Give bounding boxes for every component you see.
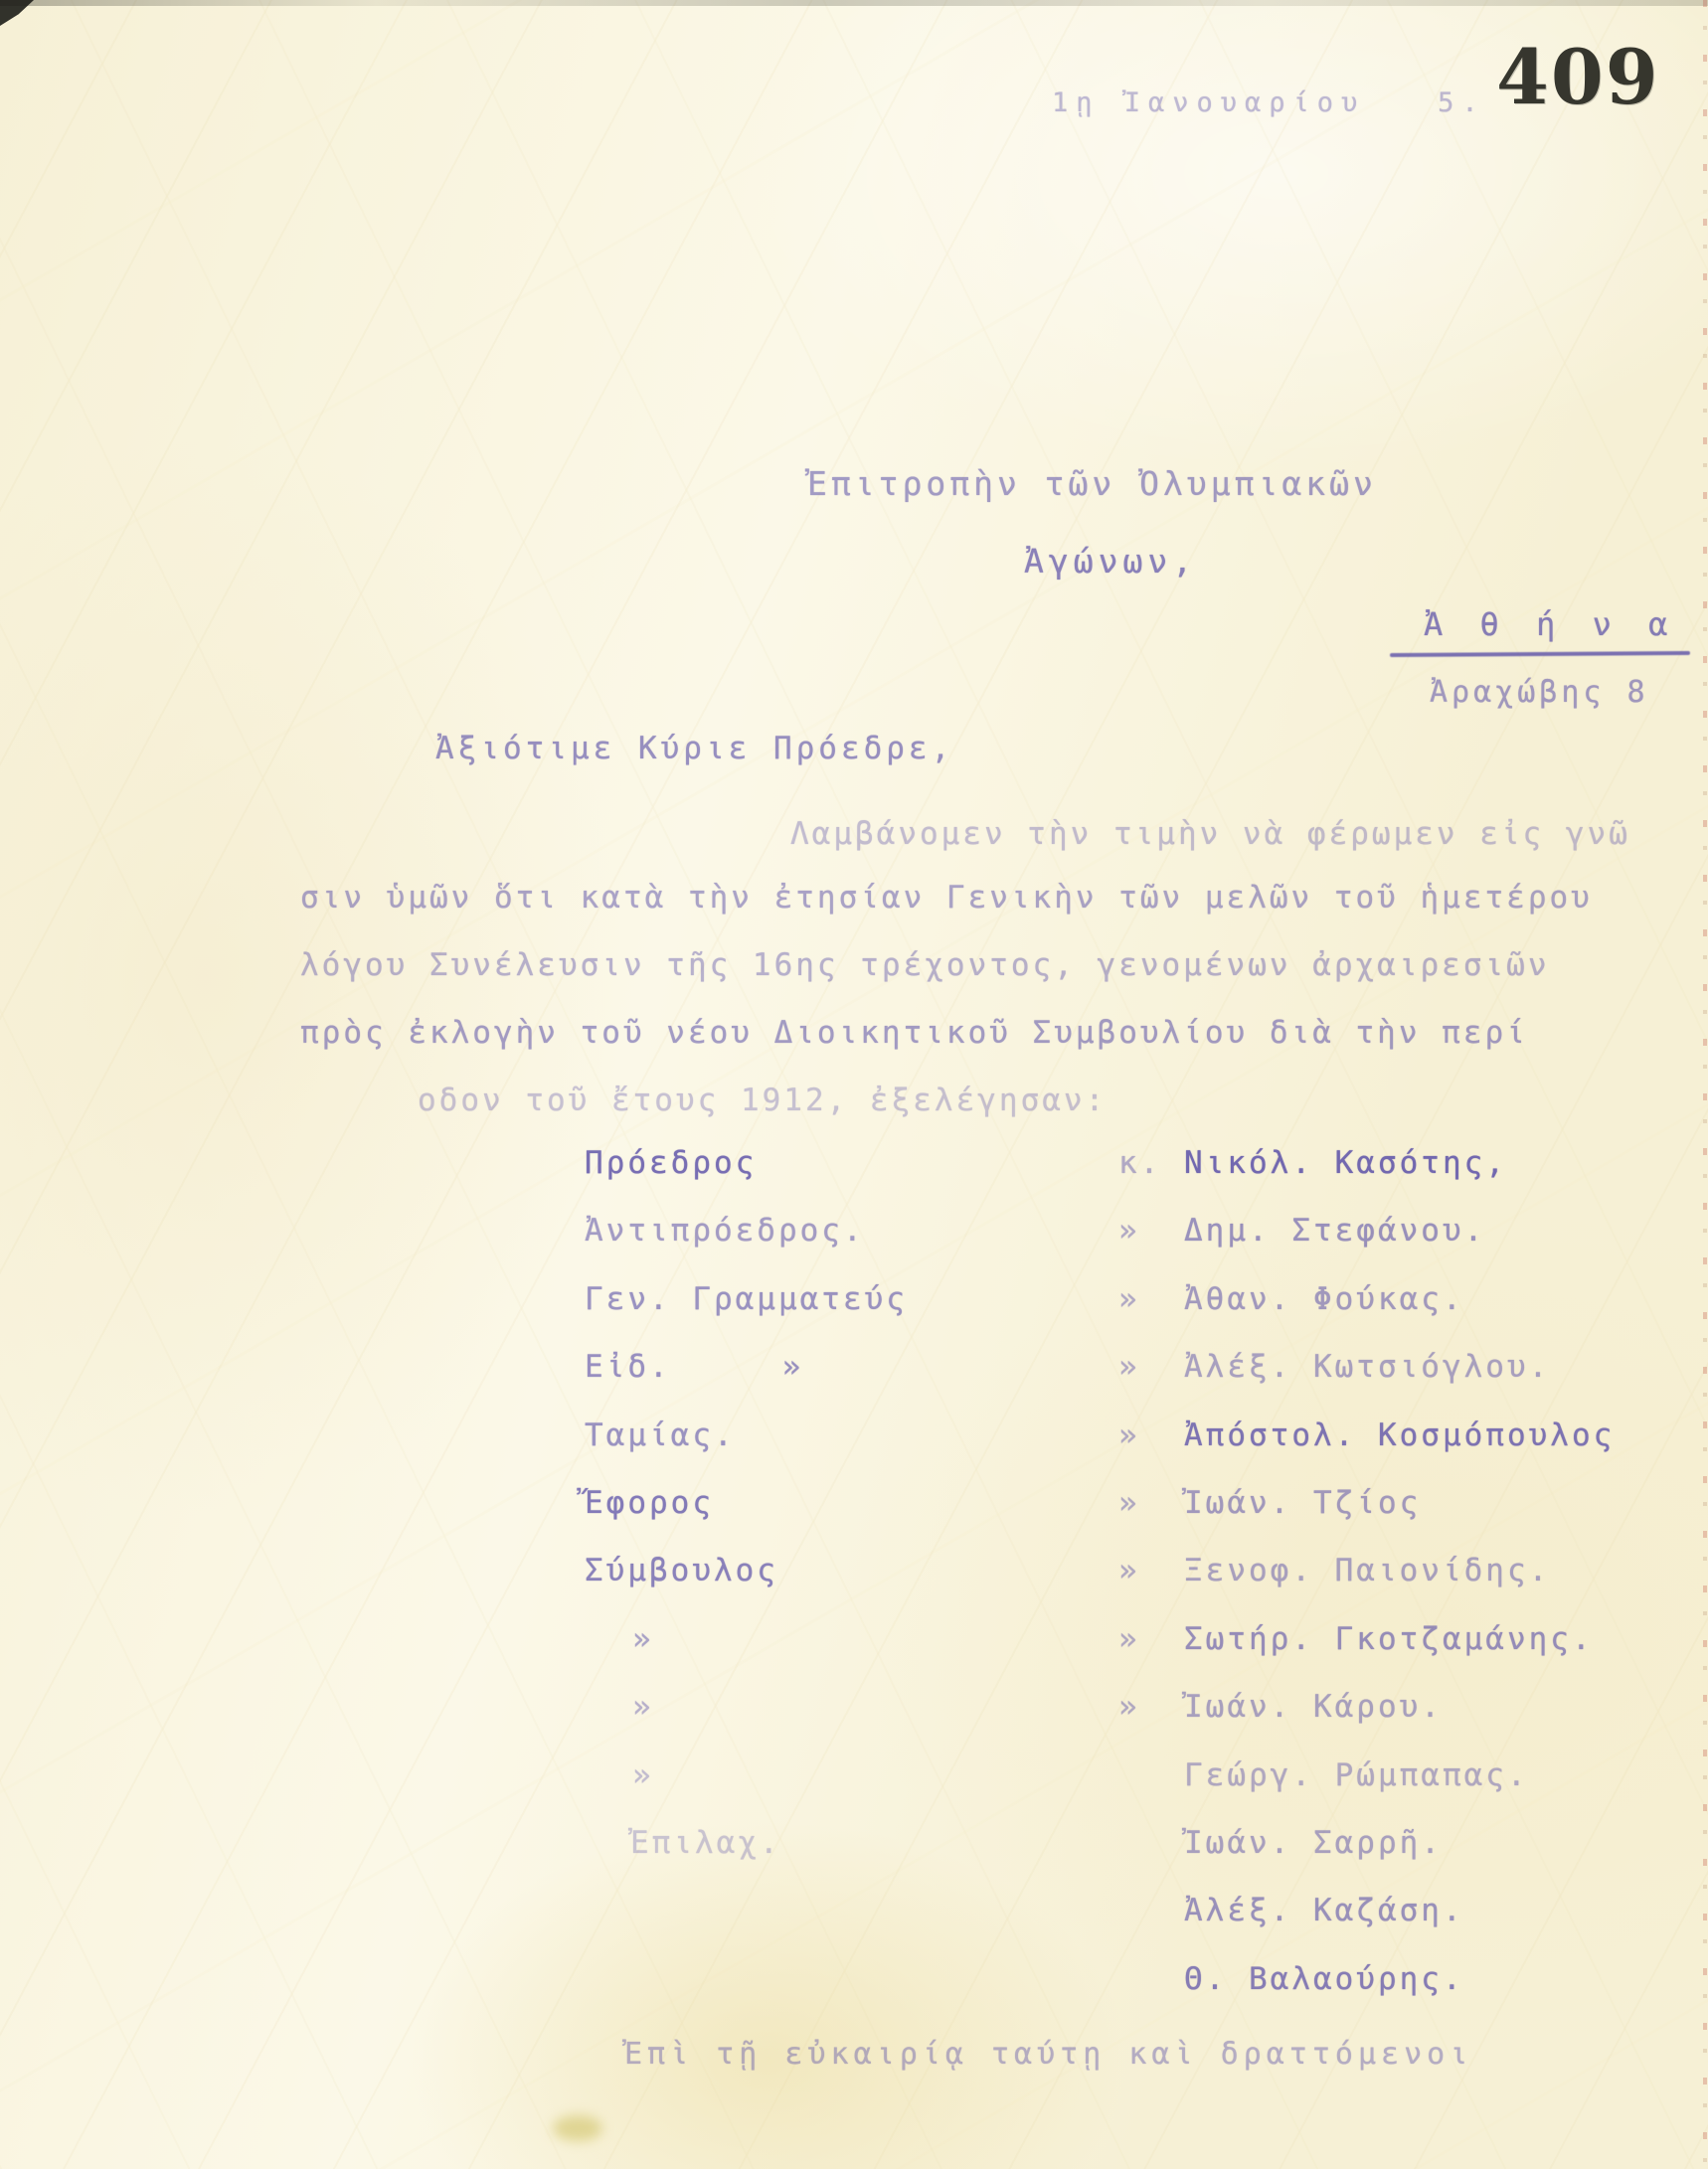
officer-title: Πρόεδρος (585, 1145, 1118, 1181)
name-prefix-mark: » (1118, 1621, 1184, 1657)
officer-title: Γεν. Γραμματεύς (585, 1281, 1118, 1317)
address-line: Ἀραχώβης 8 (1430, 676, 1649, 711)
officer-name: Ἀθαν. Φούκας. (1184, 1281, 1648, 1317)
officer-title: Ἀντιπρόεδρος. (585, 1213, 1118, 1249)
officer-name: Ἀλέξ. Κωτσιόγλου. (1184, 1349, 1648, 1385)
city-underline (1390, 651, 1690, 657)
officer-row: Πρόεδρος κ. Νικόλ. Κασότης, (585, 1145, 1648, 1213)
name-prefix-mark: » (1118, 1418, 1184, 1453)
body-line-1: Λαμβάνομεν τὴν τιμὴν νὰ φέρωμεν εἰς γνῶ (790, 817, 1630, 853)
officer-title: Εἰδ.» (585, 1349, 1118, 1385)
closing-line: Ἐπὶ τῇ εὐκαιρίᾳ ταύτῃ καὶ δραττόμενοι (624, 2038, 1472, 2073)
officer-row: Θ. Βαλαούρης. (585, 1961, 1648, 2029)
officer-title: » (585, 1689, 1118, 1725)
body-line-2: σιν ὑμῶν ὅτι κατὰ τὴν ἐτησίαν Γενικὴν τῶ… (300, 881, 1593, 917)
officer-name: Ἰωάν. Σαρρῆ. (1184, 1825, 1648, 1861)
officer-title: Ταμίας. (585, 1418, 1118, 1453)
officer-row: Σύμβουλος » Ξενοφ. Παιονίδης. (585, 1553, 1648, 1620)
officer-title: Ἔφορος (585, 1485, 1118, 1521)
officer-row: » Γεώργ. Ρώμπαπας. (585, 1757, 1648, 1825)
name-prefix-mark: » (1118, 1553, 1184, 1588)
name-prefix-mark: » (1118, 1213, 1184, 1249)
city-line: Ἀ θ ή ν α ι (1424, 606, 1708, 643)
scan-right-edge-marks (1703, 0, 1707, 2169)
officer-name: Ἰωάν. Τζίος (1184, 1485, 1648, 1521)
officer-row: Γεν. Γραμματεύς » Ἀθαν. Φούκας. (585, 1281, 1648, 1349)
officer-title: » (585, 1621, 1118, 1657)
scanned-letter-page: 409 1ῃ Ἰανουαρίου 5. Ἐπιτροπὴν τῶν Ὀλυμπ… (0, 0, 1708, 2169)
body-line-5: οδον τοῦ ἔτους 1912, ἐξελέγησαν: (418, 1084, 1107, 1119)
scan-top-edge (0, 0, 1708, 6)
officer-row: » » Σωτήρ. Γκοτζαμάνης. (585, 1621, 1648, 1689)
page-number-stamp: 409 (1496, 34, 1660, 120)
officer-name: Γεώργ. Ρώμπαπας. (1184, 1757, 1648, 1793)
officer-row: Εἰδ.» » Ἀλέξ. Κωτσιόγλου. (585, 1349, 1648, 1417)
name-prefix-mark: » (1118, 1349, 1184, 1385)
officer-name: Θ. Βαλαούρης. (1184, 1961, 1648, 1997)
officer-name: Ξενοφ. Παιονίδης. (1184, 1553, 1648, 1588)
officer-title: Ἐπιλαχ. (585, 1825, 1118, 1861)
officer-title: » (585, 1757, 1118, 1793)
officer-row: Ἀλέξ. Καζάση. (585, 1893, 1648, 1960)
bottom-smudge (553, 2115, 602, 2141)
officer-name: Σωτήρ. Γκοτζαμάνης. (1184, 1621, 1648, 1657)
scan-corner-mark (0, 0, 34, 26)
officer-name: Νικόλ. Κασότης, (1184, 1145, 1648, 1181)
name-prefix-mark: » (1118, 1281, 1184, 1317)
name-prefix-mark: κ. (1118, 1145, 1184, 1181)
officer-row: Ταμίας. » Ἀπόστολ. Κοσμόπουλος (585, 1418, 1648, 1485)
officer-title (585, 1893, 1118, 1928)
body-line-3: λόγου Συνέλευσιν τῆς 16ης τρέχοντος, γεν… (300, 948, 1550, 984)
officer-row: Ἐπιλαχ. Ἰωάν. Σαρρῆ. (585, 1825, 1648, 1893)
name-prefix-mark: » (1118, 1485, 1184, 1521)
officer-row: Ἀντιπρόεδρος. » Δημ. Στεφάνου. (585, 1213, 1648, 1280)
officer-name: Ἀπόστολ. Κοσμόπουλος (1184, 1418, 1648, 1453)
officer-name: Δημ. Στεφάνου. (1184, 1213, 1648, 1249)
officer-row: » » Ἰωάν. Κάρου. (585, 1689, 1648, 1756)
committee-title-line2: Ἀγώνων, (1024, 543, 1197, 581)
officer-name: Ἰωάν. Κάρου. (1184, 1689, 1648, 1725)
officer-title (585, 1961, 1118, 1997)
salutation: Ἀξιότιμε Κύριε Πρόεδρε, (435, 732, 953, 767)
officers-list: Πρόεδρος κ. Νικόλ. Κασότης, Ἀντιπρόεδρος… (585, 1145, 1648, 2029)
officer-name: Ἀλέξ. Καζάση. (1184, 1893, 1648, 1928)
ditto-mark: » (782, 1349, 804, 1385)
officer-row: Ἔφορος » Ἰωάν. Τζίος (585, 1485, 1648, 1553)
name-prefix-mark: » (1118, 1689, 1184, 1725)
body-line-4: πρὸς ἐκλογὴν τοῦ νέου Διοικητικοῦ Συμβου… (300, 1016, 1528, 1052)
officer-title: Σύμβουλος (585, 1553, 1118, 1588)
date-line: 1ῃ Ἰανουαρίου 5. (1052, 87, 1486, 118)
committee-title-line1: Ἐπιτροπὴν τῶν Ὀλυμπιακῶν (807, 465, 1377, 503)
